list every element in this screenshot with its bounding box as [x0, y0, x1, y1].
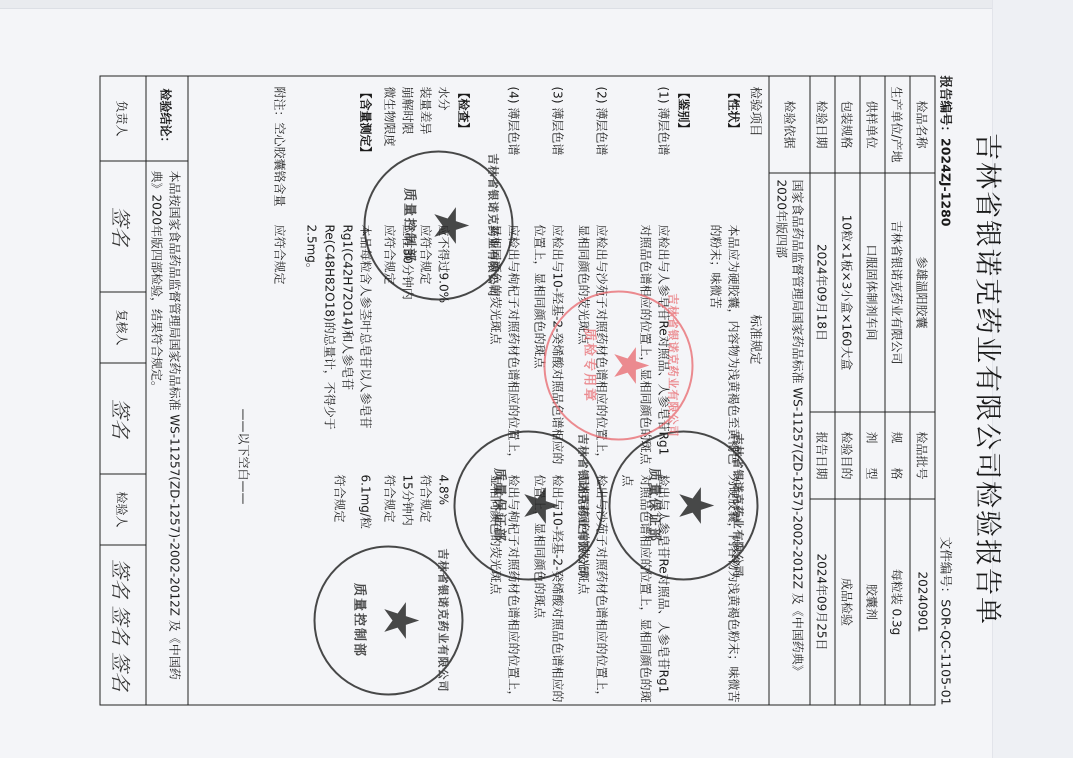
seal-ring-text: 吉林省银诺克药业有限公司 — [665, 292, 681, 438]
note-prefix: 附注： — [272, 86, 286, 122]
star-icon: ★ — [607, 343, 655, 386]
info-label: 剂 型 — [860, 412, 885, 499]
info-row: 包装规格10粒×1板×3小盒×160大盒检验目的成品检验 — [835, 76, 860, 704]
standard-text: 本品应为硬胶囊，内容物为浅黄褐色至黄褐色的粉末；味微苦 — [706, 224, 742, 464]
seal-department: 质量保证部 — [647, 467, 666, 542]
column-item: 检验项目 — [746, 86, 764, 136]
info-row: 生产单位/产地吉林省银诺克药业有限公司规 格每粒装 0.3g — [885, 76, 910, 704]
test-item-name: (2) 薄层色谱 — [592, 86, 610, 186]
info-row: 检品名称参雄温阳胶囊检品批号20240901 — [910, 76, 935, 704]
test-item-name: (4) 薄层色谱 — [504, 86, 522, 186]
reviewer-label: 复核人 — [99, 292, 145, 363]
info-label: 检验日期 — [810, 76, 835, 173]
test-item-name: (1) 薄层色谱 — [654, 86, 672, 186]
info-value: 每粒装 0.3g — [885, 499, 910, 705]
info-value: 胶囊剂 — [860, 499, 885, 705]
report-no: 2024ZJ-1280 — [938, 138, 953, 226]
star-icon: ★ — [517, 483, 565, 526]
report-no-label: 报告编号： — [938, 75, 953, 138]
info-value: 2024年09月18日 — [810, 173, 835, 412]
file-no-label: 文件编号： — [938, 536, 953, 599]
info-label: 包装规格 — [835, 76, 860, 173]
test-item-name: (3) 薄层色谱 — [548, 86, 566, 186]
conclusion-row: 检验结论： 本品按国家食品药品监督管理局国家药品标准 WS-11257(ZD-1… — [145, 76, 188, 704]
note-item: 空心胶囊铬含量 — [272, 122, 286, 206]
report-table: 检品名称参雄温阳胶囊检品批号20240901生产单位/产地吉林省银诺克药业有限公… — [99, 75, 935, 705]
info-label: 供样单位 — [860, 76, 885, 173]
seal-department: 质量控制部 — [352, 582, 371, 657]
info-label: 生产单位/产地 — [885, 76, 910, 173]
info-label: 检品批号 — [910, 412, 935, 499]
report-title: 吉林省银诺克药业有限公司检验报告单 — [970, 0, 1009, 758]
note-label: 附注：空心胶囊铬含量 — [270, 86, 288, 226]
signature-row: 负责人 签名 复核人 签名 检验人 签名 签名 签名 — [99, 76, 146, 704]
info-value: 20240901 — [910, 499, 935, 705]
info-value: 10粒×1板×3小盒×160大盒 — [835, 173, 860, 412]
inspector-label: 检验人 — [99, 474, 145, 545]
company-seal: 吉林省银诺克药业有限公司★质量控制部 — [313, 545, 463, 695]
inspection-report-page: 吉林省银诺克药业有限公司检验报告单 报告编号：2024ZJ-1280 文件编号：… — [0, 0, 1073, 758]
seal-department: 质量控制部 — [402, 187, 421, 262]
info-label: 报告日期 — [810, 412, 835, 499]
note-standard: 应符合规定 — [270, 224, 288, 464]
company-seal: 吉林省银诺克药业有限公司★质量保证部 — [608, 430, 758, 580]
basis-value: 国家食品药品监督管理局国家药品标准 WS-11257(ZD-1257)-2002… — [769, 173, 810, 705]
file-no-value: SOR-QC-1105-01 — [938, 599, 953, 705]
report-meta: 报告编号：2024ZJ-1280 文件编号：SOR-QC-1105-01 — [937, 75, 955, 705]
info-value: 2024年09月25日 — [810, 499, 835, 705]
company-seal: 吉林省银诺克药业有限公司★质检专用章 — [543, 290, 693, 440]
star-icon: ★ — [377, 598, 425, 641]
seal-ring-text: 吉林省银诺克药业有限公司 — [435, 547, 451, 693]
seal-ring-text: 吉林省银诺克药业有限公司 — [730, 432, 746, 578]
info-row: 检验日期2024年09月18日报告日期2024年09月25日 — [810, 76, 835, 704]
conclusion-text: 本品按国家食品药品监督管理局国家药品标准 WS-11257(ZD-1257)-2… — [147, 170, 183, 696]
info-value: 吉林省银诺克药业有限公司 — [885, 173, 910, 412]
info-value: 参雄温阳胶囊 — [910, 173, 935, 412]
basis-label: 检验依据 — [769, 76, 810, 173]
star-icon: ★ — [672, 483, 720, 526]
basis-row: 检验依据 国家食品药品监督管理局国家药品标准 WS-11257(ZD-1257)… — [769, 76, 810, 704]
responsible-signature: 签名 — [99, 161, 145, 292]
info-table: 检品名称参雄温阳胶囊检品批号20240901生产单位/产地吉林省银诺克药业有限公… — [768, 76, 934, 704]
info-label: 检验目的 — [835, 412, 860, 499]
seal-ring-text: 吉林省银诺克药业有限公司 — [575, 432, 591, 578]
info-row: 供样单位口服固体制剂车间剂 型胶囊剂 — [860, 76, 885, 704]
company-seal: 吉林省银诺克药业有限公司★质量控制部 — [363, 150, 513, 300]
info-label: 检品名称 — [910, 76, 935, 173]
company-seal: 吉林省银诺克药业有限公司★质量保证部 — [453, 430, 603, 580]
responsible-label: 负责人 — [99, 76, 145, 161]
file-no: 文件编号：SOR-QC-1105-01 — [937, 536, 955, 705]
info-value: 成品检验 — [835, 499, 860, 705]
standard-text: 本品每粒含人参茎叶总皂苷以人参皂苷Rg1(C42H72O14)和人参皂苷Re(C… — [302, 224, 374, 464]
seal-department: 质量保证部 — [492, 467, 511, 542]
info-label: 规 格 — [885, 412, 910, 499]
reviewer-signature: 签名 — [99, 363, 145, 474]
column-standard: 标准规定 — [746, 314, 764, 364]
star-icon: ★ — [427, 203, 475, 246]
seal-ring-text: 吉林省银诺克药业有限公司 — [485, 152, 501, 298]
seal-department: 质检专用章 — [582, 327, 601, 402]
conclusion-label: 检验结论： — [145, 76, 187, 161]
inspector-signature: 签名 签名 签名 — [99, 545, 145, 704]
blank-marker: ——以下空白—— — [234, 356, 252, 556]
info-value: 口服固体制剂车间 — [860, 173, 885, 412]
